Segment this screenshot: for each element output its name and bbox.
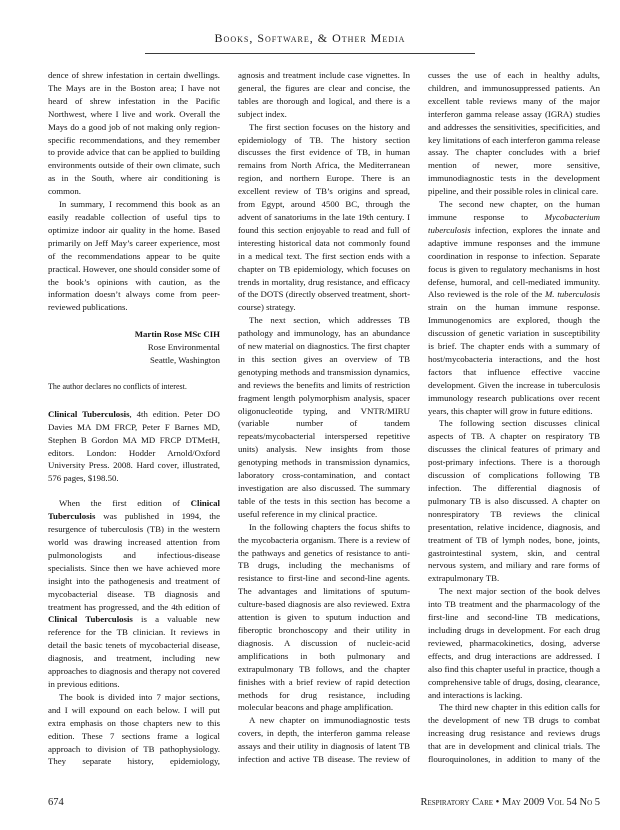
reviewer-location: Seattle, Washington	[48, 354, 220, 367]
section-title: Books, Software, & Other Media	[215, 31, 406, 46]
paragraph: dence of shrew infestation in certain dw…	[48, 69, 220, 198]
section-header: Books, Software, & Other Media	[0, 0, 620, 54]
paragraph: In summary, I recommend this book as an …	[48, 198, 220, 314]
paragraph: When the first edition of Clinical Tuber…	[48, 497, 220, 691]
issue-info: May 2009 Vol 54 No 5	[502, 797, 600, 808]
paragraph: In the following chapters the focus shif…	[238, 521, 410, 715]
paragraph: The first section focuses on the history…	[238, 121, 410, 315]
reviewer-affiliation: Rose Environmental	[48, 341, 220, 354]
paragraph: The next section, which addresses TB pat…	[238, 314, 410, 521]
header-rule	[145, 53, 475, 54]
column-1: dence of shrew infestation in certain dw…	[48, 69, 220, 769]
page-number: 674	[48, 797, 64, 808]
paragraph-text: When the first edition of	[59, 498, 191, 508]
paragraph-text: was published in 1994, the resurgence of…	[48, 511, 220, 611]
reviewer-name: Martin Rose MSc CIH	[48, 328, 220, 341]
paragraph: The following section discusses clinical…	[428, 417, 600, 585]
page-footer: 674 Respiratory Care • May 2009 Vol 54 N…	[48, 797, 600, 808]
text-columns: dence of shrew infestation in certain dw…	[48, 69, 600, 769]
column-2: agnosis and treatment include case vigne…	[238, 69, 410, 769]
paragraph: agnosis and treatment include case vigne…	[238, 69, 410, 121]
paragraph-text: strain on the human immune response. Imm…	[428, 302, 600, 415]
paragraph: cusses the use of each in healthy adults…	[428, 69, 600, 198]
paragraph: The second new chapter, on the human imm…	[428, 198, 600, 417]
bullet-separator: •	[496, 797, 500, 808]
column-3: cusses the use of each in healthy adults…	[428, 69, 600, 769]
conflict-disclosure: The author declares no conflicts of inte…	[48, 381, 220, 394]
journal-name: Respiratory Care	[421, 797, 494, 808]
paragraph: The book is divided into 7 major section…	[48, 691, 220, 769]
reviewer-signature: Martin Rose MSc CIH Rose Environmental S…	[48, 328, 220, 367]
journal-info: Respiratory Care • May 2009 Vol 54 No 5	[421, 797, 601, 808]
journal-page: Books, Software, & Other Media dence of …	[0, 0, 620, 830]
species-name: M. tuberculosis	[545, 289, 600, 299]
book-citation: Clinical Tuberculosis, 4th edition. Pete…	[48, 408, 220, 485]
paragraph: The third new chapter in this edition ca…	[428, 701, 600, 769]
book-title-inline: Clinical Tuberculosis	[48, 614, 133, 624]
paragraph: A new chapter on immunodiagnostic tests …	[238, 714, 410, 769]
paragraph-text: is a valuable new reference for the TB c…	[48, 614, 220, 689]
book-title: Clinical Tuberculosis	[48, 409, 130, 419]
paragraph: The next major section of the book delve…	[428, 585, 600, 701]
citation-details: , 4th edition. Peter DO Davies MA DM FRC…	[48, 409, 220, 484]
